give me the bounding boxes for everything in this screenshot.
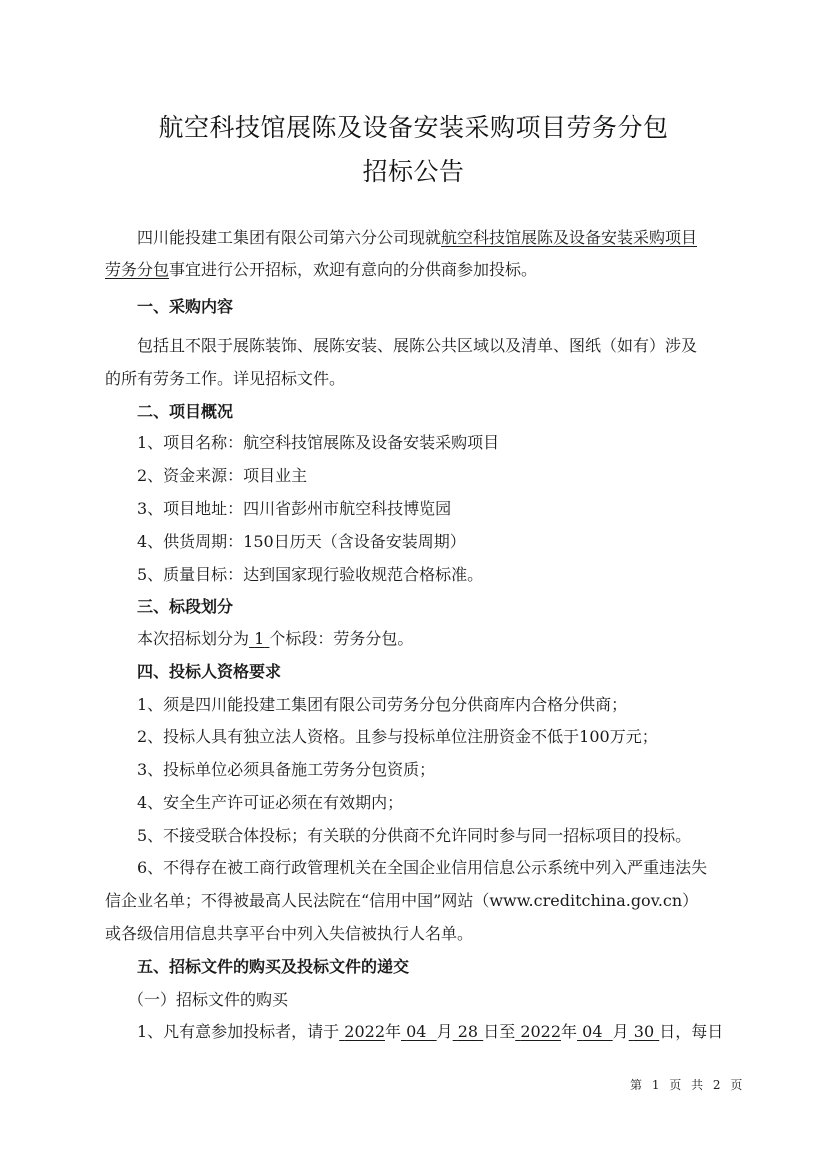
s2-item-4: 4、供货周期：150日历天（含设备安装周期） — [137, 532, 757, 552]
year-label: 年 — [385, 1022, 401, 1041]
s3-text: 本次招标划分为 1 个标段：劳务分包。 — [137, 629, 757, 649]
end-month: 04 — [577, 1022, 613, 1041]
s4-item-6-line3: 或各级信用信息共享平台中列入失信被执行人名单。 — [105, 924, 725, 944]
s2-item-3: 3、项目地址：四川省彭州市航空科技博览园 — [137, 499, 757, 519]
s3-suffix: 个标段：劳务分包。 — [269, 629, 413, 648]
document-title-line2: 招标公告 — [0, 152, 827, 188]
page-footer: 第 1 页 共 2 页 — [630, 1076, 745, 1093]
start-day: 28 — [453, 1022, 484, 1041]
month-label: 月 — [437, 1022, 453, 1041]
section-heading-1: 一、采购内容 — [137, 297, 757, 317]
s2-item-1: 1、项目名称：航空科技馆展陈及设备安装采购项目 — [137, 433, 757, 453]
year-label-2: 年 — [561, 1022, 577, 1041]
intro-line1: 四川能投建工集团有限公司第六分公司现就航空科技馆展陈及设备安装采购项目 — [137, 228, 725, 248]
day-to-label: 日至 — [483, 1022, 515, 1041]
start-month: 04 — [401, 1022, 437, 1041]
s1-line1: 包括且不限于展陈装饰、展陈安装、展陈公共区域以及清单、图纸（如有）涉及 — [137, 336, 757, 356]
project-name-underlined-cont: 劳务分包 — [105, 260, 169, 279]
section-heading-2: 二、项目概况 — [137, 402, 757, 422]
start-year: 2022 — [339, 1022, 385, 1041]
intro-line2: 劳务分包事宜进行公开招标，欢迎有意向的分供商参加投标。 — [105, 260, 725, 280]
project-name-underlined: 航空科技馆展陈及设备安装采购项目 — [441, 228, 697, 247]
s5-item-1: 1、凡有意参加投标者，请于 2022年 04 月 28 日至 2022年 04 … — [137, 1022, 757, 1042]
s5-subheading-1: （一）招标文件的购买 — [128, 990, 748, 1010]
lot-count: 1 — [249, 629, 269, 648]
s4-item-4: 4、安全生产许可证必须在有效期内； — [137, 793, 757, 813]
section-heading-5: 五、招标文件的购买及投标文件的递交 — [137, 957, 757, 977]
s2-item-5: 5、质量目标：达到国家现行验收规范合格标准。 — [137, 565, 757, 585]
s5-item1-suffix: 日，每日 — [659, 1022, 723, 1041]
s1-line2: 的所有劳务工作。详见招标文件。 — [105, 369, 725, 389]
end-day: 30 — [629, 1022, 660, 1041]
end-year: 2022 — [515, 1022, 561, 1041]
document-title-line1: 航空科技馆展陈及设备安装采购项目劳务分包 — [0, 108, 827, 144]
s4-item-1: 1、须是四川能投建工集团有限公司劳务分包分供商库内合格分供商； — [137, 695, 757, 715]
intro-prefix: 四川能投建工集团有限公司第六分公司现就 — [137, 228, 441, 247]
s3-prefix: 本次招标划分为 — [137, 629, 249, 648]
s4-item-6-line2: 信企业名单；不得被最高人民法院在“信用中国”网站（www.creditchina… — [105, 891, 725, 911]
section-heading-4: 四、投标人资格要求 — [137, 662, 757, 682]
s4-item-5: 5、不接受联合体投标；有关联的分供商不允许同时参与同一招标项目的投标。 — [137, 826, 757, 846]
s4-item-6-line1: 6、不得存在被工商行政管理机关在全国企业信用信息公示系统中列入严重违法失 — [137, 858, 757, 878]
document-page: 航空科技馆展陈及设备安装采购项目劳务分包 招标公告 四川能投建工集团有限公司第六… — [0, 0, 827, 1170]
s2-item-2: 2、资金来源：项目业主 — [137, 466, 757, 486]
section-heading-3: 三、标段划分 — [137, 597, 757, 617]
s4-item-2: 2、投标人具有独立法人资格。且参与投标单位注册资金不低于100万元； — [137, 727, 757, 747]
intro-suffix: 事宜进行公开招标，欢迎有意向的分供商参加投标。 — [169, 260, 537, 279]
month-label-2: 月 — [613, 1022, 629, 1041]
s4-item-3: 3、投标单位必须具备施工劳务分包资质； — [137, 760, 757, 780]
s5-item1-prefix: 1、凡有意参加投标者，请于 — [137, 1022, 339, 1041]
